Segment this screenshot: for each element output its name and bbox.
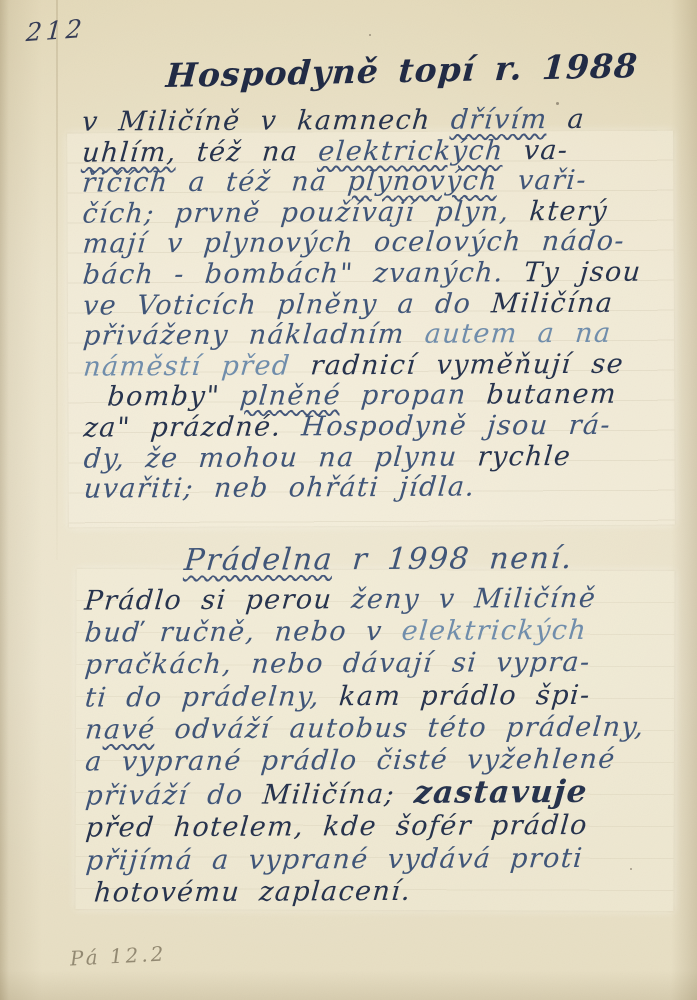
text-segment: Ty jsou (523, 257, 643, 289)
text-segment: ženy v Miličíně (350, 583, 597, 615)
text-segment: ti do prádelny, (84, 681, 341, 713)
text-segment: bách - bombách" zvaných. (82, 257, 526, 290)
text-segment: v Miličíně v kamnech (81, 105, 452, 138)
binding-crease (56, 0, 58, 560)
text-segment: rychle (476, 441, 572, 473)
text-line: mají v plynových ocelových nádo- (81, 227, 680, 261)
text-segment: vaři- (497, 165, 589, 196)
text-segment: hotovému zaplacení. (93, 876, 413, 909)
text-segment: Miličína; (261, 779, 415, 811)
text-segment: též na (176, 136, 320, 168)
text-segment: pračkách, nebo dávají si vypra- (84, 647, 592, 681)
text-line: náměstí před radnicí vyměňují se (82, 349, 681, 383)
text-segment: přijímá a vyprané vydává proti (85, 842, 585, 876)
text-segment: propan (340, 380, 488, 412)
text-segment: před hotelem, kde šofér prádlo (84, 810, 589, 844)
text-line: pračkách, nebo dávají si vypra- (84, 647, 683, 682)
text-segment: Prádelna (183, 542, 335, 578)
text-segment: kam prádlo špi- (338, 679, 592, 711)
text-segment: přiváží do (84, 780, 264, 812)
text-segment: plněné (239, 381, 343, 413)
text-line: navé odváží autobus této prádelny, (84, 711, 683, 746)
text-segment: náměstí před (82, 350, 312, 382)
paper-speck (556, 102, 559, 105)
section-heading: Prádelna r 1998 není. (183, 542, 682, 577)
text-segment: r 1998 není. (332, 541, 575, 577)
text-segment: elektrických (400, 615, 588, 647)
text-line: za" prázdné. Hospodyně jsou rá- (82, 410, 681, 444)
text-segment: avé (103, 714, 157, 745)
text-segment: buď ručně, nebo v (83, 616, 403, 649)
text-line: dy, že mohou na plynu rychle (82, 441, 681, 475)
text-line: Prádlo si perou ženy v Miličíně (83, 582, 682, 617)
text-line: před hotelem, kde šofér prádlo (84, 810, 683, 845)
text-segment: radnicí vyměňují se (309, 348, 625, 381)
text-segment: elektrických (317, 135, 505, 167)
manuscript-title: Hospodyně topí r. 1988 (165, 46, 640, 95)
manuscript-body: v Miličíně v kamnech dřívím auhlím, též … (82, 104, 682, 909)
text-line: přiváží do Miličína; zastavuje (84, 776, 683, 813)
text-line: ti do prádelny, kam prádlo špi- (84, 679, 683, 714)
text-line: přijímá a vyprané vydává proti (85, 842, 684, 877)
text-line: řičích a též na plynových vaři- (81, 166, 680, 200)
text-segment: butanem (485, 379, 618, 411)
text-segment: čích; prvně používají plyn, (81, 196, 531, 229)
text-segment: odváží autobus této prádelny, (154, 711, 646, 745)
text-line: hotovému zaplacení. (93, 874, 684, 909)
text-segment: autem a na (424, 318, 613, 350)
text-line: bách - bombách" zvaných. Ty jsou (82, 257, 681, 291)
text-segment: Hospodyně jsou rá- (300, 410, 612, 443)
text-segment: dřívím (450, 104, 549, 136)
text-segment: uhlím, (81, 137, 178, 169)
text-segment: a (546, 104, 586, 135)
text-segment: Miličína (490, 287, 615, 319)
text-segment: Prádlo si perou (83, 584, 352, 616)
text-line: bomby" plněné propan butanem (106, 380, 681, 414)
text-segment: va- (502, 135, 569, 166)
page-number: 212 (25, 14, 87, 47)
text-segment: uvařiti; neb ohřáti jídla. (83, 472, 477, 505)
manuscript-page: 212 Hospodyně topí r. 1988 v Miličíně v … (0, 0, 697, 1000)
text-line: buď ručně, nebo v elektrických (83, 615, 682, 650)
text-segment: plynových (346, 166, 499, 198)
text-line: v Miličíně v kamnech dřívím a (81, 104, 680, 138)
text-line: ve Voticích plněny a do Miličína (82, 288, 681, 322)
text-segment: ve Voticích plněny a do (82, 288, 493, 321)
paper-speck (630, 868, 632, 870)
text-segment: zastavuje (413, 774, 590, 811)
text-segment: a vyprané prádlo čisté vyžehlené (84, 744, 617, 778)
paper-speck (369, 34, 371, 36)
text-segment: který (528, 196, 609, 227)
text-segment: mají v plynových ocelových nádo- (81, 226, 626, 260)
text-line: čích; prvně používají plyn, který (81, 196, 680, 230)
text-line: uhlím, též na elektrických va- (81, 135, 680, 169)
text-line: a vyprané prádlo čisté vyžehlené (84, 743, 683, 778)
text-segment: za" prázdné. (82, 411, 302, 443)
text-segment: přiváženy nákladním (82, 319, 426, 352)
text-segment: dy, že mohou na plynu (83, 441, 479, 474)
archival-note: Pá 12.2 (69, 941, 166, 970)
text-segment: řičích a též na (81, 166, 349, 198)
text-line: přiváženy nákladním autem a na (82, 319, 681, 353)
text-segment: bomby" (106, 381, 241, 413)
text-line: uvařiti; neb ohřáti jídla. (83, 472, 682, 506)
